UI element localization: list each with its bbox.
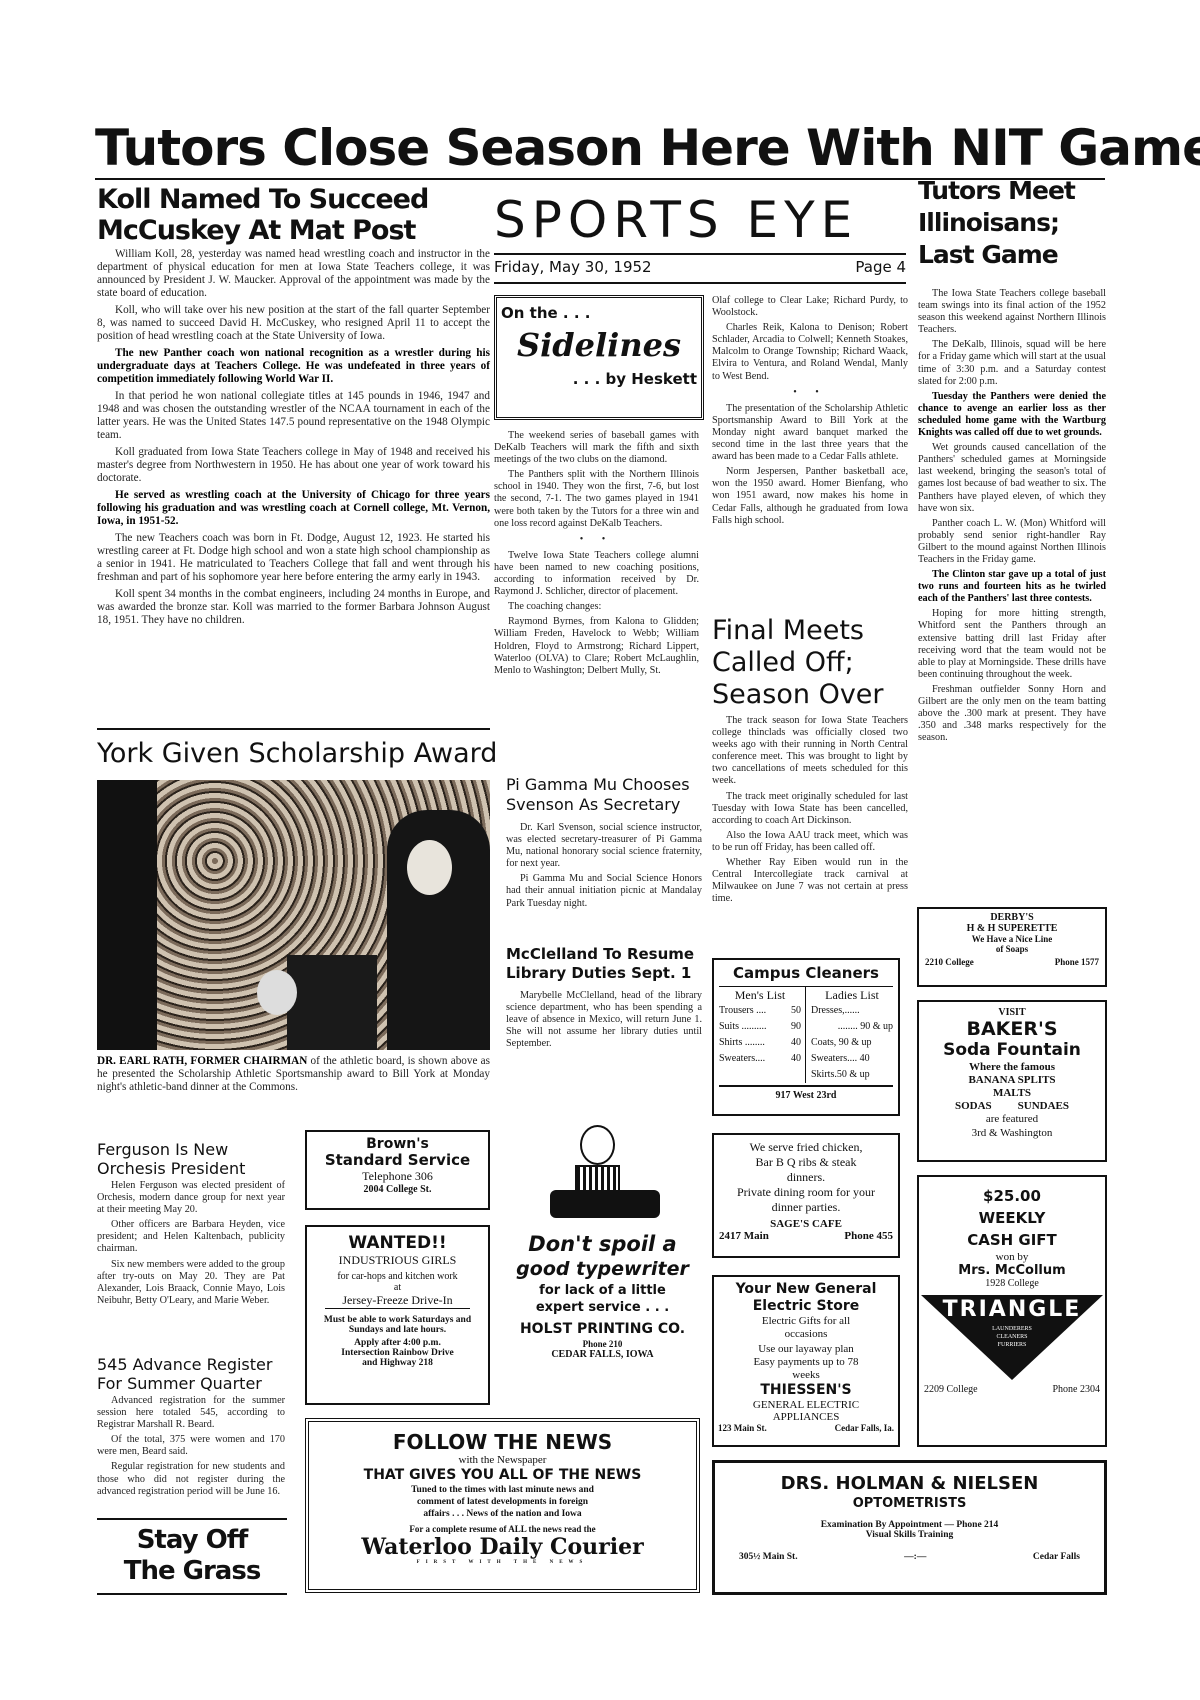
koll-paragraph: Koll, who will take over his new positio… xyxy=(97,304,490,343)
price-item: Coats, 90 & up xyxy=(811,1035,893,1051)
separator-dots: • • xyxy=(494,534,699,546)
ad-derby-sub: H & H SUPERETTE xyxy=(925,923,1099,934)
ad-cleaners-men-title: Men's List xyxy=(719,987,801,1003)
tutors-headline: Tutors Meet Illinoisans; Last Game xyxy=(918,175,1108,271)
ad-thiessen-sub: GENERAL ELECTRIC xyxy=(718,1399,894,1411)
ad-thiessen-title2: Electric Store xyxy=(718,1298,894,1315)
ad-courier-resume: For a complete resume of ALL the news re… xyxy=(309,1524,696,1534)
sidelines-paragraph: The presentation of the Scholarship Athl… xyxy=(712,403,908,463)
ferguson-article: Helen Ferguson was elected president of … xyxy=(97,1180,285,1310)
koll-paragraph: William Koll, 28, yesterday was named he… xyxy=(97,248,490,300)
tutors-paragraph: Panther coach L. W. (Mon) Whitford will … xyxy=(918,518,1106,566)
typewriter-illustration xyxy=(520,1120,680,1225)
koll-paragraph: The new Teachers coach was born in Ft. D… xyxy=(97,532,490,584)
ad-holst-phone: Phone 210 xyxy=(505,1339,700,1349)
ad-sages-line: Private dining room for your xyxy=(719,1185,893,1200)
koll-paragraph: The new Panther coach won national recog… xyxy=(97,347,490,386)
ad-cleaners-men: Men's List Trousers ....50 Suits .......… xyxy=(719,987,806,1083)
ad-sages-name: SAGE'S CAFE xyxy=(719,1218,893,1230)
koll-headline-line2: McCuskey At Mat Post xyxy=(97,215,487,246)
ad-derby-phone: Phone 1577 xyxy=(1055,957,1099,967)
track-article: The track season for Iowa State Teachers… xyxy=(712,715,908,908)
photo-figure-seated xyxy=(287,955,377,1050)
register-paragraph: Advanced registration for the summer ses… xyxy=(97,1395,285,1431)
ad-bakers-item: SUNDAES xyxy=(1018,1100,1069,1113)
page-number: Page 4 xyxy=(855,258,906,276)
track-paragraph: The track season for Iowa State Teachers… xyxy=(712,715,908,788)
track-headline-line1: Final Meets xyxy=(712,615,912,647)
price-value: 90 xyxy=(791,1019,801,1035)
ad-wanted-place: Jersey-Freeze Drive-In xyxy=(325,1293,470,1309)
ad-triangle: $25.00 WEEKLY CASH GIFT won by Mrs. McCo… xyxy=(917,1175,1107,1447)
price-value: 50 xyxy=(791,1003,801,1019)
tutors-paragraph: Wet grounds caused cancellation of the P… xyxy=(918,442,1106,515)
register-headline-line2: For Summer Quarter xyxy=(97,1374,287,1393)
masthead-rule xyxy=(494,253,906,255)
ad-derby-line: We Have a Nice Line xyxy=(925,934,1099,944)
ad-browns-phone: Telephone 306 xyxy=(307,1169,488,1184)
sidelines-col2: Olaf college to Clear Lake; Richard Purd… xyxy=(712,295,908,530)
ad-wanted-line: for car-hops and kitchen work xyxy=(307,1271,488,1282)
triangle-logo-sub1: LAUNDERERS xyxy=(921,1325,1103,1333)
typewriter-icon xyxy=(550,1190,660,1218)
ad-bakers-name: BAKER'S xyxy=(919,1018,1105,1040)
ad-derby-address: 2210 College xyxy=(925,957,974,967)
award-photo xyxy=(97,780,490,1050)
register-headline-line1: 545 Advance Register xyxy=(97,1355,287,1374)
stay-off-line2: The Grass xyxy=(97,1556,287,1587)
ad-courier: FOLLOW THE NEWS with the Newspaper THAT … xyxy=(305,1418,700,1593)
mcclelland-headline-line1: McClelland To Resume xyxy=(506,945,706,964)
ad-sages-line: We serve fried chicken, xyxy=(719,1140,893,1155)
sidelines-paragraph: The weekend series of baseball games wit… xyxy=(494,430,699,466)
price-item: Sweaters.... xyxy=(719,1051,765,1067)
ad-triangle-weekly: WEEKLY xyxy=(919,1207,1105,1229)
ad-wanted-title: WANTED!! xyxy=(307,1233,488,1253)
sidelines-col1: The weekend series of baseball games wit… xyxy=(494,430,699,680)
ad-wanted-apply: Apply after 4:00 p.m. xyxy=(307,1338,488,1348)
register-paragraph: Regular registration for new students an… xyxy=(97,1461,285,1497)
sidelines-paragraph: Olaf college to Clear Lake; Richard Purd… xyxy=(712,295,908,319)
masthead-title: SPORTS EYE xyxy=(494,190,858,250)
ad-holst-line3: for lack of a little xyxy=(505,1282,700,1299)
ad-holman-line: Examination By Appointment — Phone 214 xyxy=(715,1520,1104,1530)
ad-sages-address: 2417 Main xyxy=(719,1230,769,1242)
ad-holman-address: 305½ Main St. xyxy=(739,1552,798,1562)
tutors-headline-line1: Tutors Meet xyxy=(918,175,1108,207)
ad-thiessen-line: occasions xyxy=(718,1328,894,1341)
ad-sages-line: dinners. xyxy=(719,1170,893,1185)
ad-derbys: DERBY'S H & H SUPERETTE We Have a Nice L… xyxy=(917,907,1107,987)
koll-headline-line1: Koll Named To Succeed xyxy=(97,184,487,215)
ad-wanted: WANTED!! INDUSTRIOUS GIRLS for car-hops … xyxy=(305,1225,490,1405)
ad-cleaners-ladies: Ladies List Dresses,...... ........ 90 &… xyxy=(806,987,893,1083)
ad-cleaners-ladies-title: Ladies List xyxy=(811,987,893,1003)
price-item: Sweaters.... 40 xyxy=(811,1051,893,1067)
tutors-paragraph: Hoping for more hitting strength, Whitfo… xyxy=(918,608,1106,681)
track-paragraph: Whether Ray Eiben would run in the Centr… xyxy=(712,857,908,905)
photo-caption: DR. EARL RATH, FORMER CHAIRMAN of the at… xyxy=(97,1055,490,1094)
ad-derby-name: DERBY'S xyxy=(925,912,1099,923)
masthead: SPORTS EYE xyxy=(494,190,906,250)
ad-thiessen-line: Use our layaway plan xyxy=(718,1343,894,1356)
ad-cleaners-address: 917 West 23rd xyxy=(719,1090,893,1101)
koll-article: William Koll, 28, yesterday was named he… xyxy=(97,248,490,631)
ad-holman-city: Cedar Falls xyxy=(1033,1552,1080,1562)
koll-paragraph: In that period he won national collegiat… xyxy=(97,390,490,442)
divider xyxy=(97,1593,287,1595)
sidelines-paragraph: Raymond Byrnes, from Kalona to Glidden; … xyxy=(494,616,699,676)
ad-courier-body: Tuned to the times with last minute news… xyxy=(309,1484,696,1496)
tutors-paragraph: Tuesday the Panthers were denied the cha… xyxy=(918,391,1106,439)
ferguson-paragraph: Six new members were added to the group … xyxy=(97,1259,285,1307)
ad-thiessen-address: 123 Main St. xyxy=(718,1423,767,1433)
ad-holman-separator: —:— xyxy=(904,1552,926,1562)
tutors-article: The Iowa State Teachers college baseball… xyxy=(918,288,1106,747)
stay-off-line1: Stay Off xyxy=(97,1525,287,1556)
separator-dots: • • xyxy=(712,387,908,399)
triangle-logo: TRIANGLE LAUNDERERS CLEANERS FURRIERS xyxy=(921,1295,1103,1380)
pigamma-article: Dr. Karl Svenson, social science instruc… xyxy=(506,822,702,913)
ad-courier-tag: FIRST WITH THE NEWS xyxy=(309,1560,696,1565)
york-headline: York Given Scholarship Award xyxy=(97,738,497,770)
dateline-rule xyxy=(494,282,906,284)
tutors-headline-line3: Last Game xyxy=(918,239,1108,271)
ad-holman-sub: OPTOMETRISTS xyxy=(715,1495,1104,1512)
ad-bakers-line: MALTS xyxy=(919,1087,1105,1100)
koll-paragraph: Koll spent 34 months in the combat engin… xyxy=(97,588,490,627)
ferguson-paragraph: Other officers are Barbara Heyden, vice … xyxy=(97,1219,285,1255)
track-headline: Final Meets Called Off; Season Over xyxy=(712,615,912,711)
track-paragraph: The track meet originally scheduled for … xyxy=(712,791,908,827)
koll-paragraph: He served as wrestling coach at the Univ… xyxy=(97,489,490,528)
ad-triangle-address: 2209 College xyxy=(924,1384,978,1395)
ferguson-headline: Ferguson Is New Orchesis President xyxy=(97,1140,287,1178)
ad-holst: Don't spoil a good typewriter for lack o… xyxy=(505,1232,700,1360)
pigamma-headline-line2: Svenson As Secretary xyxy=(506,795,706,815)
price-item: Skirts.50 & up xyxy=(811,1067,893,1083)
ad-bakers-line: Where the famous xyxy=(919,1061,1105,1074)
ad-bakers-item: SODAS xyxy=(955,1100,992,1113)
ad-holman-line: Visual Skills Training xyxy=(715,1530,1104,1540)
ad-triangle-amount: $25.00 xyxy=(919,1185,1105,1207)
mcclelland-headline-line2: Library Duties Sept. 1 xyxy=(506,964,706,983)
ad-campus-cleaners: Campus Cleaners Men's List Trousers ....… xyxy=(712,958,900,1116)
tutors-headline-line2: Illinoisans; xyxy=(918,207,1108,239)
triangle-logo-sub3: FURRIERS xyxy=(921,1341,1103,1349)
sidelines-script: Sidelines xyxy=(497,326,701,364)
ad-thiessen-line: Easy payments up to 78 xyxy=(718,1356,894,1369)
mcclelland-paragraph: Marybelle McClelland, head of the librar… xyxy=(506,990,702,1050)
sidelines-paragraph: Norm Jespersen, Panther basketball ace, … xyxy=(712,466,908,526)
ad-browns-name2: Standard Service xyxy=(307,1152,488,1169)
sidelines-paragraph: Charles Reik, Kalona to Denison; Robert … xyxy=(712,322,908,382)
ad-sages-line: dinner parties. xyxy=(719,1200,893,1215)
ad-browns-name: Brown's xyxy=(307,1136,488,1152)
ferguson-headline-line1: Ferguson Is New xyxy=(97,1140,287,1159)
ad-triangle-phone: Phone 2304 xyxy=(1053,1384,1101,1395)
ad-sages-line: Bar B Q ribs & steak xyxy=(719,1155,893,1170)
ad-bakers-address: 3rd & Washington xyxy=(919,1126,1105,1141)
ad-cleaners-title: Campus Cleaners xyxy=(719,963,893,987)
ad-thiessen-city: Cedar Falls, Ia. xyxy=(835,1423,894,1433)
sidelines-byline: . . . by Heskett xyxy=(497,370,697,388)
divider xyxy=(97,728,490,730)
pigamma-headline: Pi Gamma Mu Chooses Svenson As Secretary xyxy=(506,775,706,815)
register-paragraph: Of the total, 375 were women and 170 wer… xyxy=(97,1434,285,1458)
ad-wanted-apply: Intersection Rainbow Drive xyxy=(307,1348,488,1358)
track-paragraph: Also the Iowa AAU track meet, which was … xyxy=(712,830,908,854)
ad-courier-sub: THAT GIVES YOU ALL OF THE NEWS xyxy=(309,1466,696,1484)
tutors-paragraph: The Clinton star gave up a total of just… xyxy=(918,569,1106,605)
banner-headline: Tutors Close Season Here With NIT Games xyxy=(95,118,1105,178)
ad-thiessens: Your New General Electric Store Electric… xyxy=(712,1275,900,1447)
ad-wanted-sub: INDUSTRIOUS GIRLS xyxy=(307,1253,488,1268)
photo-figure-left xyxy=(97,780,157,1050)
ad-thiessen-title: Your New General xyxy=(718,1281,894,1298)
register-headline: 545 Advance Register For Summer Quarter xyxy=(97,1355,287,1393)
price-item: Suits .......... xyxy=(719,1019,767,1035)
issue-date: Friday, May 30, 1952 xyxy=(494,258,652,276)
ad-courier-title: FOLLOW THE NEWS xyxy=(309,1430,696,1454)
ad-holman-name: DRS. HOLMAN & NIELSEN xyxy=(715,1473,1104,1495)
ad-courier-with: with the Newspaper xyxy=(309,1454,696,1466)
ad-holst-city: CEDAR FALLS, IOWA xyxy=(505,1349,700,1360)
ad-browns-address: 2004 College St. xyxy=(307,1184,488,1195)
dateline: Friday, May 30, 1952 Page 4 xyxy=(494,258,906,276)
ad-bakers-visit: VISIT xyxy=(919,1007,1105,1018)
ad-triangle-won-by: won by xyxy=(919,1251,1105,1263)
price-item: Dresses,...... xyxy=(811,1003,893,1019)
caption-bold: DR. EARL RATH, FORMER CHAIRMAN xyxy=(97,1055,307,1067)
ad-sages-cafe: We serve fried chicken, Bar B Q ribs & s… xyxy=(712,1133,900,1258)
tutors-paragraph: The Iowa State Teachers college baseball… xyxy=(918,288,1106,336)
ad-courier-body: comment of latest developments in foreig… xyxy=(309,1496,696,1508)
pigamma-paragraph: Pi Gamma Mu and Social Science Honors ha… xyxy=(506,873,702,909)
sidelines-logo: On the . . . Sidelines . . . by Heskett xyxy=(494,295,704,420)
ad-courier-paper: Waterloo Daily Courier xyxy=(309,1534,696,1560)
tutors-paragraph: Freshman outfielder Sonny Horn and Gilbe… xyxy=(918,684,1106,744)
photo-face xyxy=(407,840,452,895)
ad-holst-name: HOLST PRINTING CO. xyxy=(505,1319,700,1339)
ad-browns: Brown's Standard Service Telephone 306 2… xyxy=(305,1130,490,1210)
price-item: ........ 90 & up xyxy=(811,1019,893,1035)
ad-holst-line1: Don't spoil a xyxy=(505,1232,700,1257)
ferguson-headline-line2: Orchesis President xyxy=(97,1159,287,1178)
ad-thiessen-line: weeks xyxy=(718,1369,894,1382)
mcclelland-article: Marybelle McClelland, head of the librar… xyxy=(506,990,702,1053)
pigamma-headline-line1: Pi Gamma Mu Chooses xyxy=(506,775,706,795)
ad-bakers: VISIT BAKER'S Soda Fountain Where the fa… xyxy=(917,1000,1107,1162)
ad-sages-phone: Phone 455 xyxy=(844,1230,893,1242)
ad-wanted-at: at xyxy=(307,1282,488,1293)
cartoon-head xyxy=(580,1125,615,1165)
stay-off-grass: Stay Off The Grass xyxy=(97,1525,287,1587)
ad-triangle-winner: Mrs. McCollum xyxy=(919,1263,1105,1278)
divider xyxy=(97,1518,287,1520)
ad-holst-line2: good typewriter xyxy=(505,1257,700,1282)
register-article: Advanced registration for the summer ses… xyxy=(97,1395,285,1501)
tutors-paragraph: The DeKalb, Illinois, squad will be here… xyxy=(918,339,1106,387)
triangle-logo-sub2: CLEANERS xyxy=(921,1333,1103,1341)
ad-triangle-winner-address: 1928 College xyxy=(919,1278,1105,1289)
ad-wanted-requirements: Must be able to work Saturdays and Sunda… xyxy=(311,1315,484,1335)
mcclelland-headline: McClelland To Resume Library Duties Sept… xyxy=(506,945,706,983)
price-item: Trousers .... xyxy=(719,1003,766,1019)
ad-wanted-apply: and Highway 218 xyxy=(307,1358,488,1368)
koll-headline: Koll Named To Succeed McCuskey At Mat Po… xyxy=(97,184,487,246)
price-value: 40 xyxy=(791,1035,801,1051)
ad-bakers-line: BANANA SPLITS xyxy=(919,1074,1105,1087)
ad-holst-line4: expert service . . . xyxy=(505,1299,700,1316)
track-headline-line3: Season Over xyxy=(712,679,912,711)
price-item: Shirts ........ xyxy=(719,1035,765,1051)
ferguson-paragraph: Helen Ferguson was elected president of … xyxy=(97,1180,285,1216)
sidelines-paragraph: The coaching changes: xyxy=(494,601,699,613)
pigamma-paragraph: Dr. Karl Svenson, social science instruc… xyxy=(506,822,702,870)
ad-thiessen-name: THIESSEN'S xyxy=(718,1382,894,1399)
photo-face-seated xyxy=(257,970,297,1015)
koll-paragraph: Koll graduated from Iowa State Teachers … xyxy=(97,446,490,485)
sidelines-paragraph: Twelve Iowa State Teachers college alumn… xyxy=(494,550,699,598)
ad-bakers-line: are featured xyxy=(919,1113,1105,1126)
ad-derby-line: of Soaps xyxy=(925,944,1099,954)
sidelines-paragraph: The Panthers split with the Northern Ill… xyxy=(494,469,699,529)
ad-triangle-cash: CASH GIFT xyxy=(919,1229,1105,1251)
ad-holman-nielsen: DRS. HOLMAN & NIELSEN OPTOMETRISTS Exami… xyxy=(712,1460,1107,1595)
triangle-logo-sub: LAUNDERERS CLEANERS FURRIERS xyxy=(921,1325,1103,1349)
ad-thiessen-sub: APPLIANCES xyxy=(718,1411,894,1423)
sidelines-top: On the . . . xyxy=(501,304,701,322)
ad-courier-body: affairs . . . News of the nation and Iow… xyxy=(309,1508,696,1520)
ad-thiessen-line: Electric Gifts for all xyxy=(718,1315,894,1328)
track-headline-line2: Called Off; xyxy=(712,647,912,679)
triangle-logo-text: TRIANGLE xyxy=(921,1297,1103,1322)
ad-bakers-sub: Soda Fountain xyxy=(919,1040,1105,1061)
price-value: 40 xyxy=(791,1051,801,1067)
